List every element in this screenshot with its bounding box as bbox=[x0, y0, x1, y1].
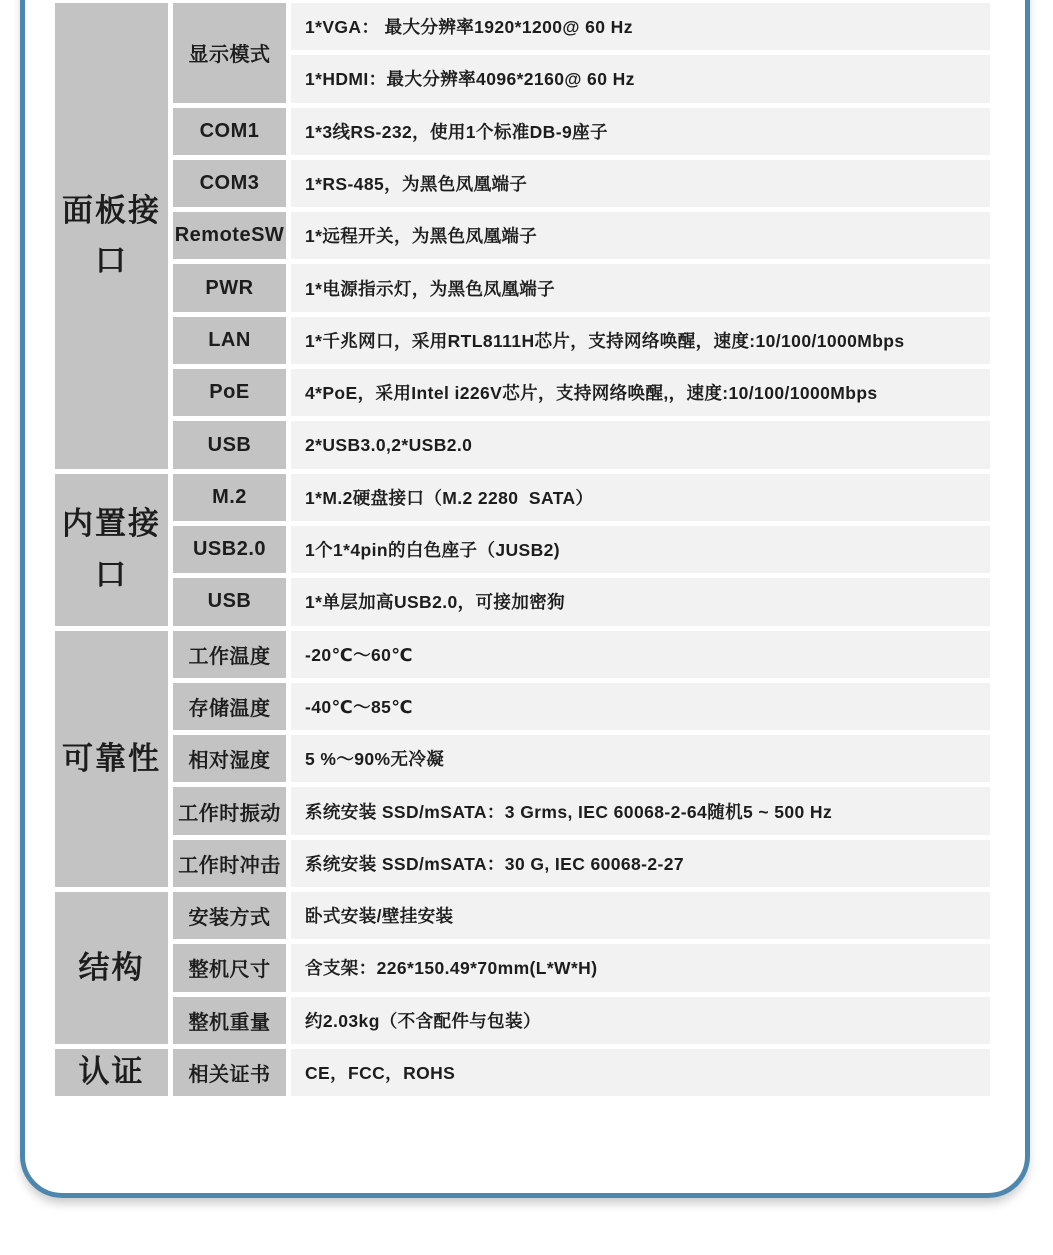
row-value-dimensions: 含支架：226*150.49*70mm(L*W*H) bbox=[291, 944, 990, 991]
row-value-certificates: CE，FCC，ROHS bbox=[291, 1049, 990, 1096]
row-value-com3: 1*RS-485，为黑色凤凰端子 bbox=[291, 160, 990, 207]
row-value-m2: 1*M.2硬盘接口（M.2 2280 SATA） bbox=[291, 474, 990, 521]
category-cell-panel-io: 面板接口 bbox=[55, 3, 168, 469]
row-label-com1: COM1 bbox=[173, 108, 286, 155]
row-value-mounting: 卧式安装/壁挂安装 bbox=[291, 892, 990, 939]
row-value-vga: 1*VGA： 最大分辨率1920*1200@ 60 Hz bbox=[291, 3, 990, 50]
row-label-vibration: 工作时振动 bbox=[173, 787, 286, 834]
row-label-certificates: 相关证书 bbox=[173, 1049, 286, 1096]
row-label-pwr: PWR bbox=[173, 264, 286, 311]
row-value-poe: 4*PoE，采用Intel i226V芯片，支持网络唤醒,，速度:10/100/… bbox=[291, 369, 990, 416]
row-value-shock: 系统安装 SSD/mSATA：30 G, IEC 60068-2-27 bbox=[291, 840, 990, 887]
row-label-usb-panel: USB bbox=[173, 421, 286, 468]
row-value-humidity: 5 %～90%无冷凝 bbox=[291, 735, 990, 782]
row-label-humidity: 相对湿度 bbox=[173, 735, 286, 782]
category-cell-certification: 认证 bbox=[55, 1049, 168, 1096]
row-label-lan: LAN bbox=[173, 317, 286, 364]
category-cell-internal-io: 内置接口 bbox=[55, 474, 168, 626]
category-cell-structure: 结构 bbox=[55, 892, 168, 1044]
row-label-storage-temp: 存储温度 bbox=[173, 683, 286, 730]
row-label-poe: PoE bbox=[173, 369, 286, 416]
row-value-com1: 1*3线RS-232，使用1个标准DB-9座子 bbox=[291, 108, 990, 155]
row-label-usb20: USB2.0 bbox=[173, 526, 286, 573]
row-label-dimensions: 整机尺寸 bbox=[173, 944, 286, 991]
row-value-operating-temp: -20℃～60℃ bbox=[291, 631, 990, 678]
row-label-remotesw: RemoteSW bbox=[173, 212, 286, 259]
row-value-lan: 1*千兆网口，采用RTL8111H芯片，支持网络唤醒，速度:10/100/100… bbox=[291, 317, 990, 364]
row-label-mounting: 安装方式 bbox=[173, 892, 286, 939]
row-value-usb20: 1个1*4pin的白色座子（JUSB2) bbox=[291, 526, 990, 573]
row-label-m2: M.2 bbox=[173, 474, 286, 521]
row-label-com3: COM3 bbox=[173, 160, 286, 207]
row-value-weight: 约2.03kg（不含配件与包装） bbox=[291, 997, 990, 1044]
row-label-usb-internal: USB bbox=[173, 578, 286, 625]
category-cell-reliability: 可靠性 bbox=[55, 631, 168, 887]
row-label-shock: 工作时冲击 bbox=[173, 840, 286, 887]
row-value-usb-internal: 1*单层加高USB2.0，可接加密狗 bbox=[291, 578, 990, 625]
row-value-storage-temp: -40℃～85℃ bbox=[291, 683, 990, 730]
spec-table: 面板接口 显示模式 1*VGA： 最大分辨率1920*1200@ 60 Hz 1… bbox=[55, 3, 990, 1096]
row-value-vibration: 系统安装 SSD/mSATA：3 Grms, IEC 60068-2-64随机5… bbox=[291, 787, 990, 834]
row-value-pwr: 1*电源指示灯，为黑色凤凰端子 bbox=[291, 264, 990, 311]
row-label-display-mode: 显示模式 bbox=[173, 3, 286, 103]
row-label-operating-temp: 工作温度 bbox=[173, 631, 286, 678]
row-value-remotesw: 1*远程开关，为黑色凤凰端子 bbox=[291, 212, 990, 259]
row-value-hdmi: 1*HDMI：最大分辨率4096*2160@ 60 Hz bbox=[291, 55, 990, 102]
row-value-usb-panel: 2*USB3.0,2*USB2.0 bbox=[291, 421, 990, 468]
row-label-weight: 整机重量 bbox=[173, 997, 286, 1044]
